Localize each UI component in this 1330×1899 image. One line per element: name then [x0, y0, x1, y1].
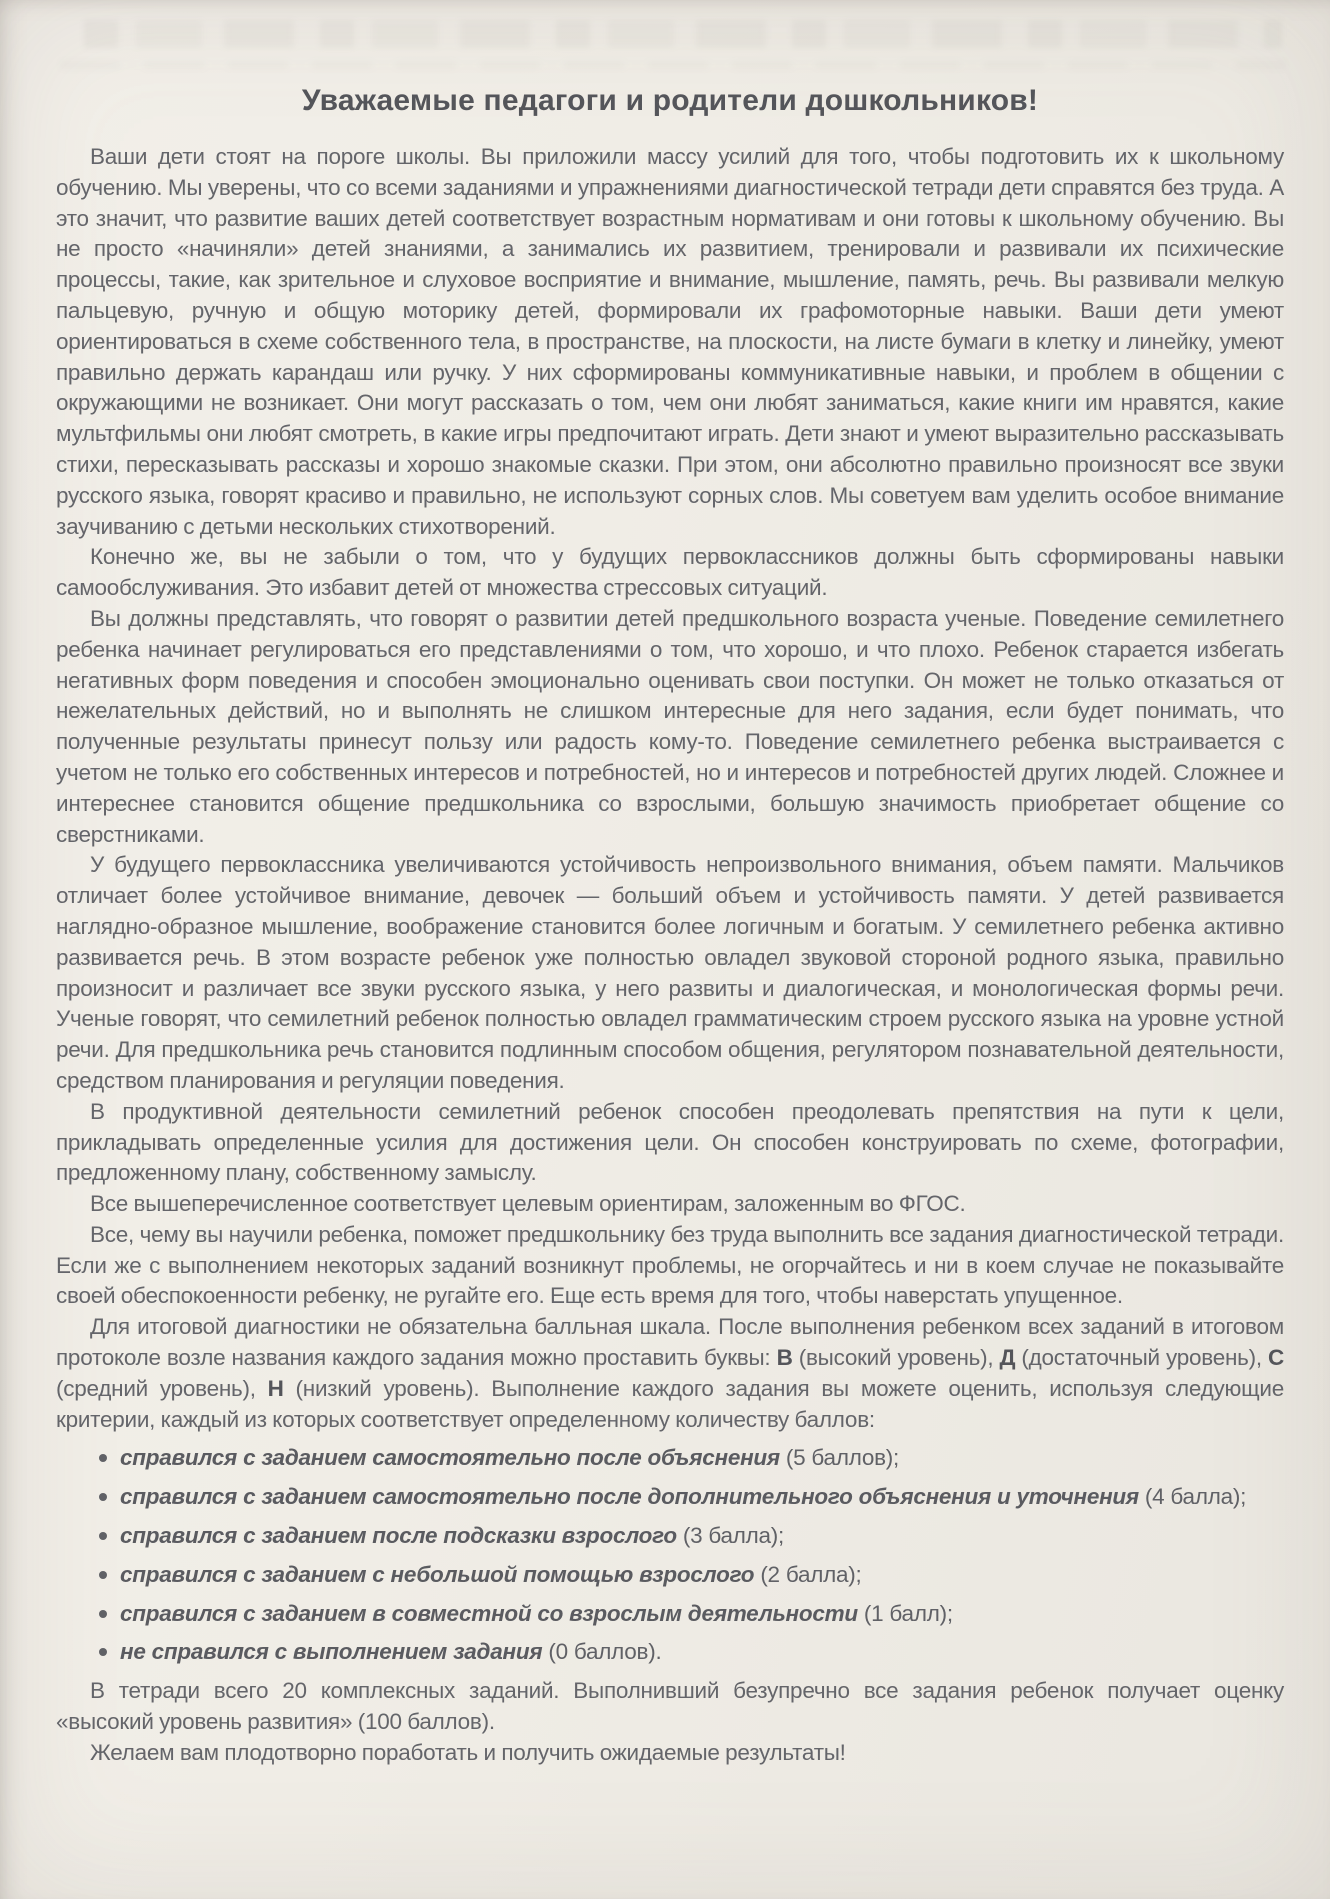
- criterion-lead: справился с заданием в совместной со взр…: [120, 1601, 858, 1626]
- criterion-lead: справился с заданием самостоятельно посл…: [120, 1445, 780, 1470]
- criterion-item: не справился с выполнением задания (0 ба…: [97, 1637, 1284, 1668]
- bullet-icon: [99, 1493, 107, 1501]
- criterion-lead: справился с заданием с небольшой помощью…: [120, 1562, 754, 1587]
- page-showthrough-band-2: [60, 60, 1286, 70]
- paragraph: Вы должны представлять, что говорят о ра…: [56, 604, 1284, 850]
- level-letter: В: [777, 1345, 793, 1370]
- criterion-item: справился с заданием самостоятельно посл…: [97, 1482, 1284, 1513]
- criterion-points: (2 балла);: [754, 1562, 861, 1587]
- criterion-lead: справился с заданием самостоятельно посл…: [120, 1484, 1139, 1509]
- criterion-lead: справился с заданием после подсказки взр…: [120, 1523, 677, 1548]
- paragraph-text: (высокий уровень),: [793, 1345, 1000, 1370]
- screenshot-root: { "page": { "title": "Уважаемые педагоги…: [0, 0, 1330, 1899]
- document-page: Уважаемые педагоги и родители дошкольник…: [0, 0, 1330, 1899]
- paragraph: Конечно же, вы не забыли о том, что у бу…: [56, 542, 1284, 604]
- level-letter: Н: [268, 1376, 284, 1401]
- paragraph: В тетради всего 20 комплексных заданий. …: [56, 1676, 1284, 1738]
- document-body: Ваши дети стоят на пороге школы. Вы прил…: [56, 142, 1284, 1769]
- bullet-icon: [99, 1454, 107, 1462]
- criterion-item: справился с заданием самостоятельно посл…: [97, 1443, 1284, 1474]
- criteria-list: справился с заданием самостоятельно посл…: [56, 1443, 1284, 1668]
- paragraph: Все вышеперечисленное соответствует целе…: [56, 1189, 1284, 1220]
- paragraph: В продуктивной деятельности семилетний р…: [56, 1097, 1284, 1189]
- paragraph: Все, чему вы научили ребенка, поможет пр…: [56, 1220, 1284, 1312]
- paragraph: Желаем вам плодотворно поработать и полу…: [56, 1738, 1284, 1769]
- page-showthrough-band: [84, 20, 1282, 48]
- level-letter: С: [1268, 1345, 1284, 1370]
- page-title: Уважаемые педагоги и родители дошкольник…: [56, 84, 1284, 118]
- paragraph-text: (достаточный уровень),: [1015, 1345, 1268, 1370]
- bullet-icon: [99, 1610, 107, 1618]
- bullet-icon: [99, 1571, 107, 1579]
- paragraph: У будущего первоклассника увеличиваются …: [56, 850, 1284, 1096]
- bullet-icon: [99, 1532, 107, 1540]
- paragraph: Ваши дети стоят на пороге школы. Вы прил…: [56, 142, 1284, 542]
- criterion-points: (0 баллов).: [542, 1639, 661, 1664]
- criterion-item: справился с заданием после подсказки взр…: [97, 1521, 1284, 1552]
- criterion-points: (4 балла);: [1139, 1484, 1246, 1509]
- criterion-item: справился с заданием в совместной со взр…: [97, 1599, 1284, 1630]
- criterion-lead: не справился с выполнением задания: [120, 1639, 542, 1664]
- bullet-icon: [99, 1648, 107, 1656]
- criterion-points: (5 баллов);: [780, 1445, 899, 1470]
- paragraph-text: (средний уровень),: [56, 1376, 268, 1401]
- paragraph: Для итоговой диагностики не обязательна …: [56, 1312, 1284, 1435]
- criterion-item: справился с заданием с небольшой помощью…: [97, 1560, 1284, 1591]
- criterion-points: (1 балл);: [858, 1601, 953, 1626]
- level-letter: Д: [999, 1345, 1015, 1370]
- criterion-points: (3 балла);: [677, 1523, 784, 1548]
